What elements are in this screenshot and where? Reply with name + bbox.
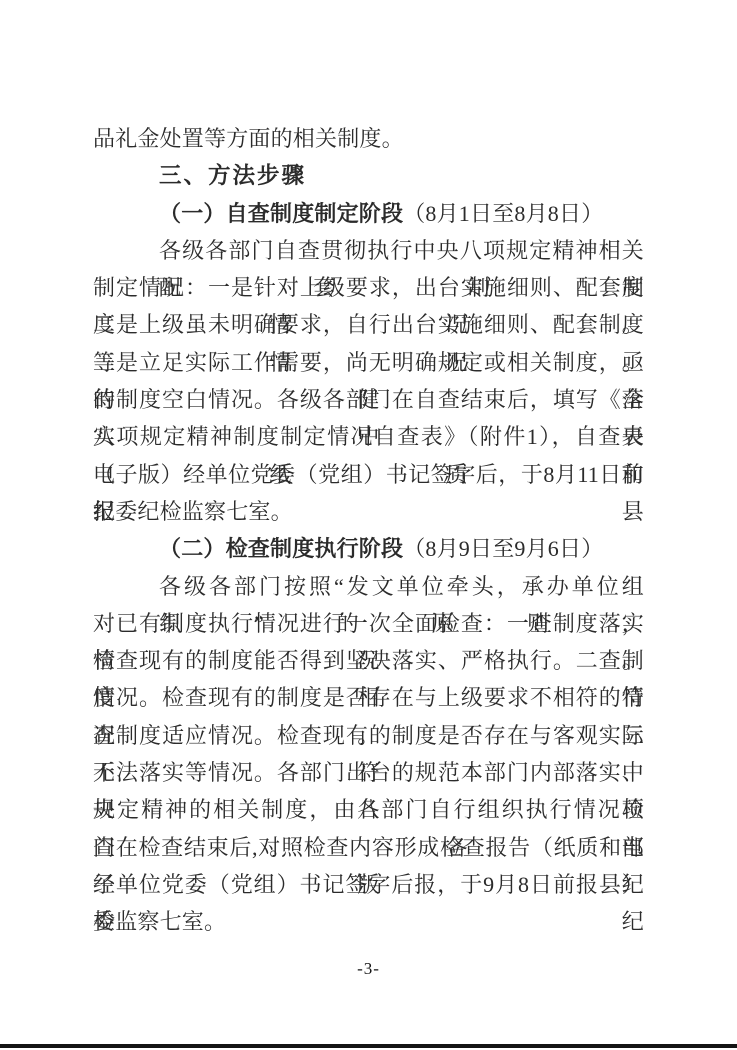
stage1-title: （一）自查制度制定阶段 <box>159 201 403 226</box>
stage1-paragraph-line: 八项规定精神制度制定情况自查表》（附件1），自查表（纸质和 <box>93 418 644 455</box>
stage2-paragraph-line: 检查现有的制度能否得到坚决落实、严格执行。二查制度相符 <box>93 642 644 679</box>
stage1-date-range: （8月1日至8月8日） <box>403 201 603 226</box>
continuation-line: 品礼金处置等方面的相关制度。 <box>93 120 644 157</box>
section-heading: 三、方法步骤 <box>93 157 644 194</box>
stage2-paragraph-line: 门在检查结束后,对照检查内容形成检查报告（纸质和电子版） <box>93 829 644 866</box>
stage1-paragraph-line: 制定情况：一是针对上级要求，出台实施细则、配套制度情况。 <box>93 269 644 306</box>
document-text: 品礼金处置等方面的相关制度。 三、方法步骤 （一）自查制度制定阶段（8月1日至8… <box>93 120 644 941</box>
stage1-paragraph-line: 二是上级虽未明确要求，自行出台实施细则、配套制度等情况。 <box>93 306 644 343</box>
stage2-paragraph-line: 无法落实等情况。各部门出台的规范本部门内部落实中央八项 <box>93 754 644 791</box>
stage2-paragraph-line: 经单位党委（党组）书记签字后报，于9月8日前报县纪委纪 <box>93 866 644 903</box>
stage1-paragraph-line: 三是立足实际工作需要，尚无明确规定或相关制度，亟待健全 <box>93 344 644 381</box>
document-page: { "document": { "continuation_line": "品礼… <box>0 0 737 1050</box>
stage2-date-range: （8月9日至9月6日） <box>403 536 603 561</box>
stage1-heading: （一）自查制度制定阶段（8月1日至8月8日） <box>93 195 644 232</box>
stage2-paragraph-line: 情况。检查现有的制度是否存在与上级要求不相符的情况。三 <box>93 679 644 716</box>
stage2-heading: （二）检查制度执行阶段（8月9日至9月6日） <box>93 530 644 567</box>
stage2-paragraph-line: 对已有制度执行情况进行一次全面检查：一查制度落实情况。 <box>93 605 644 642</box>
bottom-edge-divider <box>0 1044 737 1048</box>
section-heading-text: 三、方法步骤 <box>159 163 306 188</box>
page-number: -3- <box>0 959 737 979</box>
stage2-paragraph-line: 规定精神的相关制度，由各部门自行组织执行情况检查。各部 <box>93 791 644 828</box>
stage1-paragraph-line: 电子版）经单位党委（党组）书记签字后，于8月11日前报县 <box>93 456 644 493</box>
stage1-paragraph-line: 各级各部门自查贯彻执行中央八项规定精神相关配套制度 <box>93 232 644 269</box>
stage2-paragraph-line: 查制度适应情况。检查现有的制度是否存在与客观实际不符、 <box>93 717 644 754</box>
stage2-title: （二）检查制度执行阶段 <box>159 536 403 561</box>
stage1-paragraph-line: 的制度空白情况。各级各部门在自查结束后，填写《落实中央 <box>93 381 644 418</box>
stage2-paragraph-line: 各级各部门按照“发文单位牵头，承办单位组织”的原则， <box>93 568 644 605</box>
